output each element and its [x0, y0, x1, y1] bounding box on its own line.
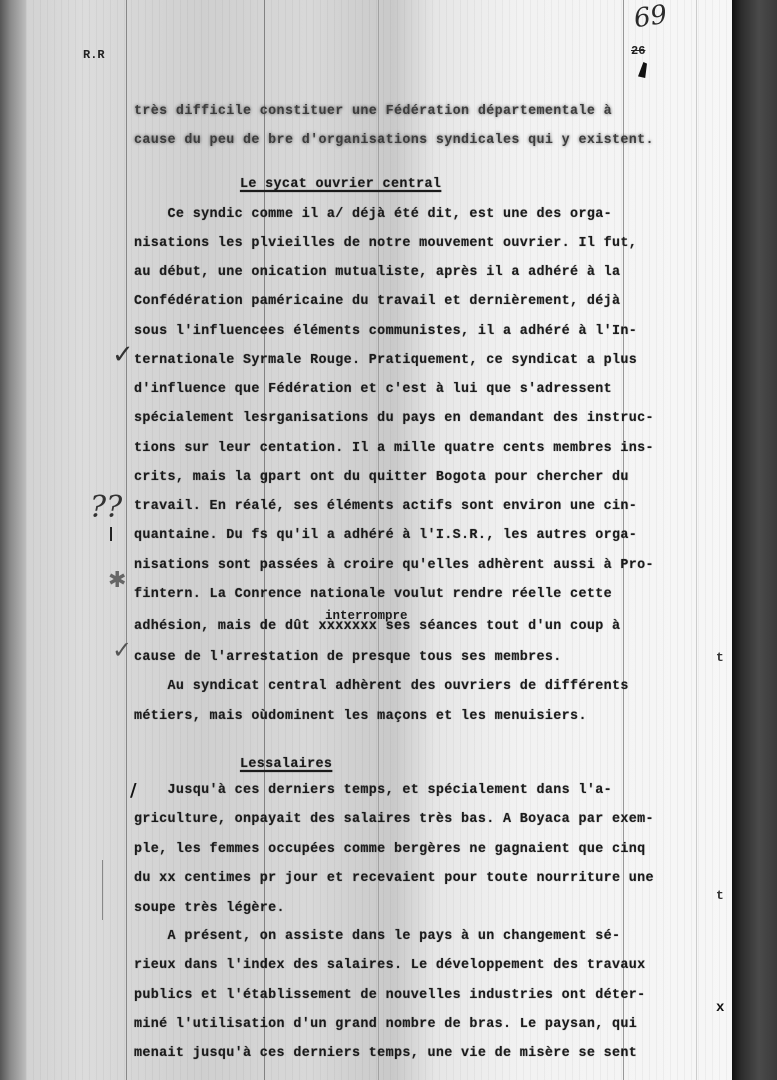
- section-heading: Le sycat ouvrier central: [240, 177, 441, 193]
- folio-number-typed: 26: [631, 44, 645, 58]
- text-line: Confédération paméricaine du travail et …: [134, 294, 620, 310]
- scan-artifact-line: [126, 0, 127, 1080]
- document-reference: R.R: [83, 48, 105, 62]
- text-line: rieux dans l'index des salaires. Le déve…: [134, 958, 646, 974]
- text-line: sous l'influencees éléments communistes,…: [134, 324, 637, 340]
- text-line: miné l'utilisation d'un grand nombre de …: [134, 1017, 637, 1033]
- typewritten-page: R.R 69 26 très difficile constituer une …: [26, 0, 732, 1080]
- text-line: quantaine. Du fs qu'il a adhéré à l'I.S.…: [134, 528, 637, 544]
- section-heading: Lessalaires: [240, 757, 332, 773]
- margin-stroke: [110, 527, 112, 541]
- text-line: ple, les femmes occupées comme bergères …: [134, 842, 646, 858]
- margin-asterisk: ✱: [108, 568, 126, 593]
- text-line: très difficile constituer une Fédération…: [134, 104, 612, 120]
- margin-check-mark: ✓: [112, 340, 134, 370]
- text-line: tions sur leur centation. Il a mille qua…: [134, 441, 654, 457]
- scan-right-edge: [732, 0, 777, 1080]
- text-line: métiers, mais oùdominent les maçons et l…: [134, 709, 587, 725]
- text-line: Au syndicat central adhèrent des ouvrier…: [134, 679, 629, 695]
- margin-slash: /: [130, 780, 137, 801]
- text-line: Ce syndic comme il a/ déjà été dit, est …: [134, 207, 612, 223]
- text-line: ternationale Syrmale Rouge. Pratiquement…: [134, 353, 637, 369]
- text-line: menait jusqu'à ces derniers temps, une v…: [134, 1046, 637, 1062]
- text-line: nisations sont passées à croire qu'elles…: [134, 558, 654, 574]
- scan-left-edge: [0, 0, 26, 1080]
- text-line: spécialement lesrganisations du pays en …: [134, 411, 654, 427]
- text-line: au début, une onication mutualiste, aprè…: [134, 265, 620, 281]
- margin-letter: t: [716, 888, 724, 903]
- text-line: griculture, onpayait des salaires très b…: [134, 812, 654, 828]
- text-line: d'influence que Fédération et c'est à lu…: [134, 382, 612, 398]
- margin-letter: x: [716, 1000, 724, 1016]
- interlinear-correction: interrompre: [325, 609, 408, 623]
- text-line: A présent, on assiste dans le pays à un …: [134, 929, 620, 945]
- scan-artifact-line: [696, 0, 697, 1080]
- folio-number-handwritten: 69: [632, 0, 669, 34]
- text-line: travail. En réalé, ses éléments actifs s…: [134, 499, 637, 515]
- margin-letter: t: [716, 650, 724, 665]
- text-line: publics et l'établissement de nouvelles …: [134, 988, 646, 1004]
- margin-question-marks: ??: [90, 490, 122, 525]
- margin-stroke: [102, 860, 103, 920]
- text-line: fintern. La Conrence nationale voulut re…: [134, 587, 612, 603]
- text-line: soupe très légère.: [134, 901, 285, 917]
- text-line: cause de l'arrestation de presque tous s…: [134, 650, 562, 666]
- ink-blot: [638, 62, 647, 78]
- text-line: nisations les plvieilles de notre mouvem…: [134, 236, 637, 252]
- margin-check-mark: ✓: [112, 636, 132, 664]
- text-line: Jusqu'à ces derniers temps, et spécialem…: [134, 783, 612, 799]
- text-line: du xx centimes pr jour et recevaient pou…: [134, 871, 654, 887]
- text-line: cause du peu de bre d'organisations synd…: [134, 133, 654, 149]
- text-line: crits, mais la gpart ont du quitter Bogo…: [134, 470, 629, 486]
